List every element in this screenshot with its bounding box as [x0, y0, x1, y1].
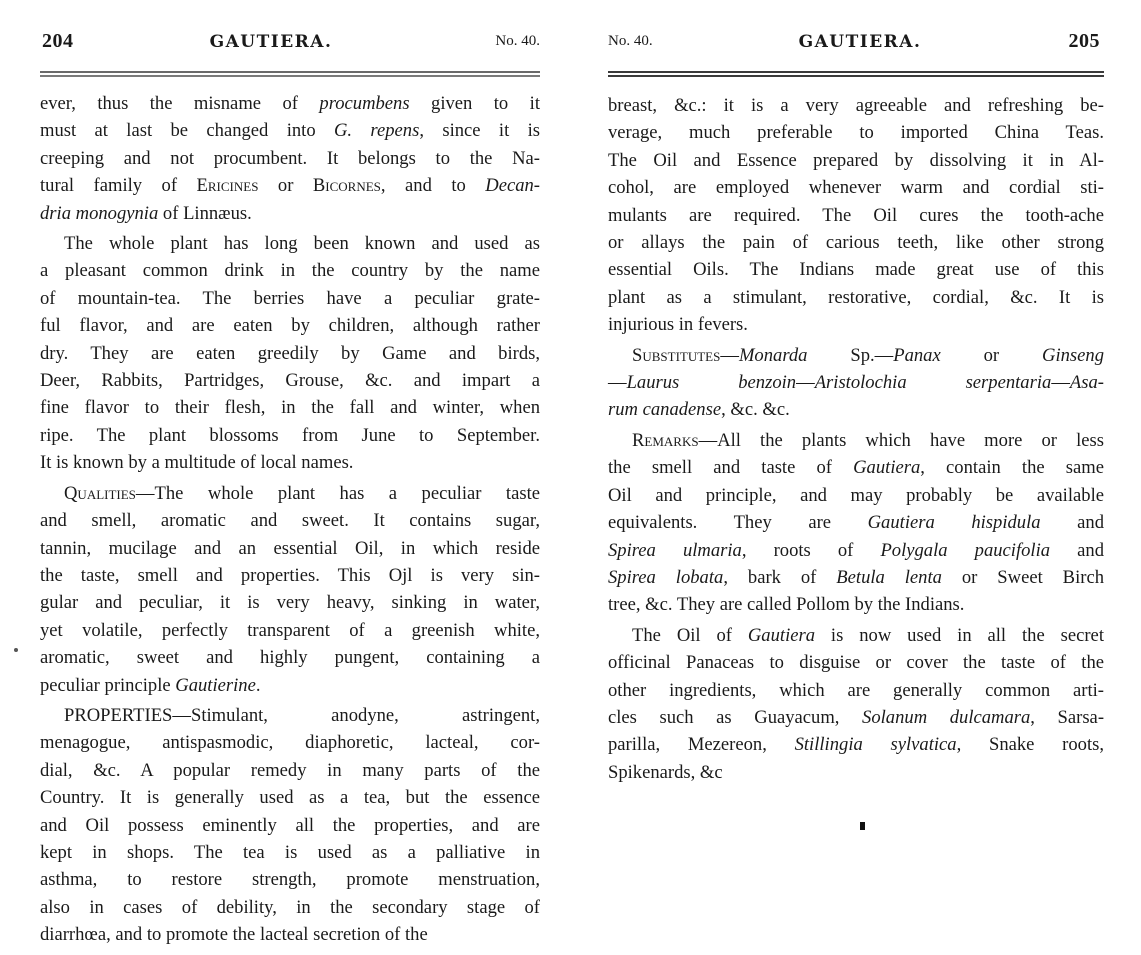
- running-title: GAUTIERA.: [40, 32, 480, 52]
- text-line: ever, thus the misname of procumbens giv…: [40, 90, 540, 117]
- body-text: ever, thus the misname of procumbens giv…: [40, 90, 540, 949]
- text-line: Qualities—The whole plant has a peculiar…: [40, 480, 540, 507]
- paragraph-substitutes: Substitutes—Monarda Sp.—Panax or Ginseng…: [608, 342, 1104, 424]
- text-line: The whole plant has long been known and …: [40, 230, 540, 257]
- paragraph-continuation: ever, thus the misname of procumbens giv…: [40, 90, 540, 227]
- text-line: Spikenards, &c: [608, 759, 1104, 786]
- text-line: ripe. The plant blossoms from June to Se…: [40, 422, 540, 449]
- text-line: Spirea lobata, bark of Betula lenta or S…: [608, 564, 1104, 591]
- text-line: verage, much preferable to imported Chin…: [608, 119, 1104, 146]
- text-line: —Laurus benzoin—Aristolochia serpentaria…: [608, 369, 1104, 396]
- paragraph-continuation: breast, &c.: it is a very agreeable and …: [608, 92, 1104, 339]
- right-page: No. 40. GAUTIERA. 205 breast, &c.: it is…: [608, 0, 1104, 955]
- italic-term: Spirea ulmaria: [608, 540, 742, 561]
- text-line: The Oil and Essence prepared by dissolvi…: [608, 147, 1104, 174]
- text-line: fine flavor to their flesh, in the fall …: [40, 394, 540, 421]
- italic-term: Decan-: [485, 175, 540, 196]
- text-line: cohol, are employed whenever warm and co…: [608, 174, 1104, 201]
- text-line: PROPERTIES—Stimulant, anodyne, astringen…: [40, 702, 540, 729]
- page-number: 205: [1069, 30, 1101, 53]
- text-line: dial, &c. A popular remedy in many parts…: [40, 757, 540, 784]
- italic-term: Monarda: [739, 345, 808, 366]
- text-line: parilla, Mezereon, Stillingia sylvatica,…: [608, 731, 1104, 758]
- text-line: Oil and principle, and may probably be a…: [608, 482, 1104, 509]
- italic-term: Gautiera: [748, 625, 815, 646]
- text-line: yet volatile, perfectly transparent of a…: [40, 617, 540, 644]
- italic-term: Aristolochia serpentaria: [815, 372, 1052, 393]
- italic-term: Gautiera hispidula: [868, 512, 1041, 533]
- text-line: the smell and taste of Gautiera, contain…: [608, 454, 1104, 481]
- text-line: tural family of Ericines or Bicornes, an…: [40, 172, 540, 199]
- text-line: Remarks—All the plants which have more o…: [608, 427, 1104, 454]
- body-text: breast, &c.: it is a very agreeable and …: [608, 92, 1104, 786]
- text-line: equivalents. They are Gautiera hispidula…: [608, 509, 1104, 536]
- italic-term: procumbens: [319, 93, 409, 114]
- text-line: and smell, aromatic and sweet. It contai…: [40, 507, 540, 534]
- text-line: Substitutes—Monarda Sp.—Panax or Ginseng: [608, 342, 1104, 369]
- text-line: a pleasant common drink in the country b…: [40, 257, 540, 284]
- text-line: of mountain-tea. The berries have a pecu…: [40, 285, 540, 312]
- text-line: mulants are required. The Oil cures the …: [608, 202, 1104, 229]
- text-line: or allays the pain of carious teeth, lik…: [608, 229, 1104, 256]
- paragraph-remarks: Remarks—All the plants which have more o…: [608, 427, 1104, 619]
- text-line: dria monogynia of Linnæus.: [40, 200, 540, 227]
- text-line: aromatic, sweet and highly pungent, cont…: [40, 644, 540, 671]
- section-heading: Ericines: [197, 175, 259, 196]
- text-line: Spirea ulmaria, roots of Polygala paucif…: [608, 537, 1104, 564]
- italic-term: rum canadense: [608, 399, 721, 420]
- issue-number: No. 40.: [495, 33, 540, 50]
- italic-term: Stillingia sylvatica: [795, 734, 957, 755]
- text-line: essential Oils. The Indians made great u…: [608, 256, 1104, 283]
- paragraph-properties: PROPERTIES—Stimulant, anodyne, astringen…: [40, 702, 540, 949]
- running-head: 204 GAUTIERA. No. 40.: [40, 30, 540, 56]
- section-heading: Qualities: [64, 483, 136, 504]
- text-line: dry. They are eaten greedily by Game and…: [40, 340, 540, 367]
- text-line: other ingredients, which are generally c…: [608, 677, 1104, 704]
- text-line: plant as a stimulant, restorative, cordi…: [608, 284, 1104, 311]
- italic-term: G. repens: [334, 120, 419, 141]
- text-line: injurious in fevers.: [608, 311, 1104, 338]
- italic-term: Spirea lobata: [608, 567, 723, 588]
- text-line: gular and peculiar, it is very heavy, si…: [40, 589, 540, 616]
- running-head: No. 40. GAUTIERA. 205: [608, 30, 1104, 56]
- printers-mark: [860, 822, 865, 830]
- italic-term: Gautierine: [175, 675, 256, 696]
- italic-term: dria monogynia: [40, 203, 158, 224]
- italic-term: Ginseng: [1042, 345, 1104, 366]
- text-line: menagogue, antispasmodic, diaphoretic, l…: [40, 729, 540, 756]
- italic-term: Betula lenta: [836, 567, 942, 588]
- text-line: officinal Panaceas to disguise or cover …: [608, 649, 1104, 676]
- text-line: rum canadense, &c. &c.: [608, 396, 1104, 423]
- italic-term: Panax: [893, 345, 941, 366]
- italic-term: Solanum dulcamara: [862, 707, 1030, 728]
- italic-term: Laurus benzoin: [627, 372, 797, 393]
- text-line: Country. It is generally used as a tea, …: [40, 784, 540, 811]
- italic-term: Asa-: [1070, 372, 1104, 393]
- scan-speck: [14, 648, 18, 652]
- text-line: It is known by a multitude of local name…: [40, 449, 540, 476]
- text-line: The Oil of Gautiera is now used in all t…: [608, 622, 1104, 649]
- text-line: ful flavor, and are eaten by children, a…: [40, 312, 540, 339]
- left-page: 204 GAUTIERA. No. 40. ever, thus the mis…: [40, 0, 540, 955]
- section-heading: Bicornes: [313, 175, 381, 196]
- text-line: must at last be changed into G. repens, …: [40, 117, 540, 144]
- text-line: the taste, smell and properties. This Oj…: [40, 562, 540, 589]
- text-line: asthma, to restore strength, promote men…: [40, 866, 540, 893]
- text-line: also in cases of debility, in the second…: [40, 894, 540, 921]
- text-line: and Oil possess eminently all the proper…: [40, 812, 540, 839]
- section-heading: Substitutes: [632, 345, 720, 366]
- text-line: kept in shops. The tea is used as a pall…: [40, 839, 540, 866]
- header-double-rule: [40, 71, 540, 78]
- text-line: peculiar principle Gautierine.: [40, 672, 540, 699]
- header-double-rule: [608, 71, 1104, 78]
- text-line: creeping and not procumbent. It belongs …: [40, 145, 540, 172]
- text-line: diarrhœa, and to promote the lacteal sec…: [40, 921, 540, 948]
- text-line: breast, &c.: it is a very agreeable and …: [608, 92, 1104, 119]
- text-line: tannin, mucilage and an essential Oil, i…: [40, 535, 540, 562]
- paragraph-oil-of-gautiera: The Oil of Gautiera is now used in all t…: [608, 622, 1104, 786]
- paragraph-qualities: Qualities—The whole plant has a peculiar…: [40, 480, 540, 699]
- italic-term: Polygala paucifolia: [880, 540, 1050, 561]
- paragraph-whole-plant: The whole plant has long been known and …: [40, 230, 540, 477]
- italic-term: Gautiera: [853, 457, 920, 478]
- text-line: tree, &c. They are called Pollom by the …: [608, 591, 1104, 618]
- book-spread: 204 GAUTIERA. No. 40. ever, thus the mis…: [0, 0, 1141, 955]
- section-heading: Remarks: [632, 430, 699, 451]
- text-line: Deer, Rabbits, Partridges, Grouse, &c. a…: [40, 367, 540, 394]
- running-title: GAUTIERA.: [608, 32, 1094, 52]
- text-line: cles such as Guayacum, Solanum dulcamara…: [608, 704, 1104, 731]
